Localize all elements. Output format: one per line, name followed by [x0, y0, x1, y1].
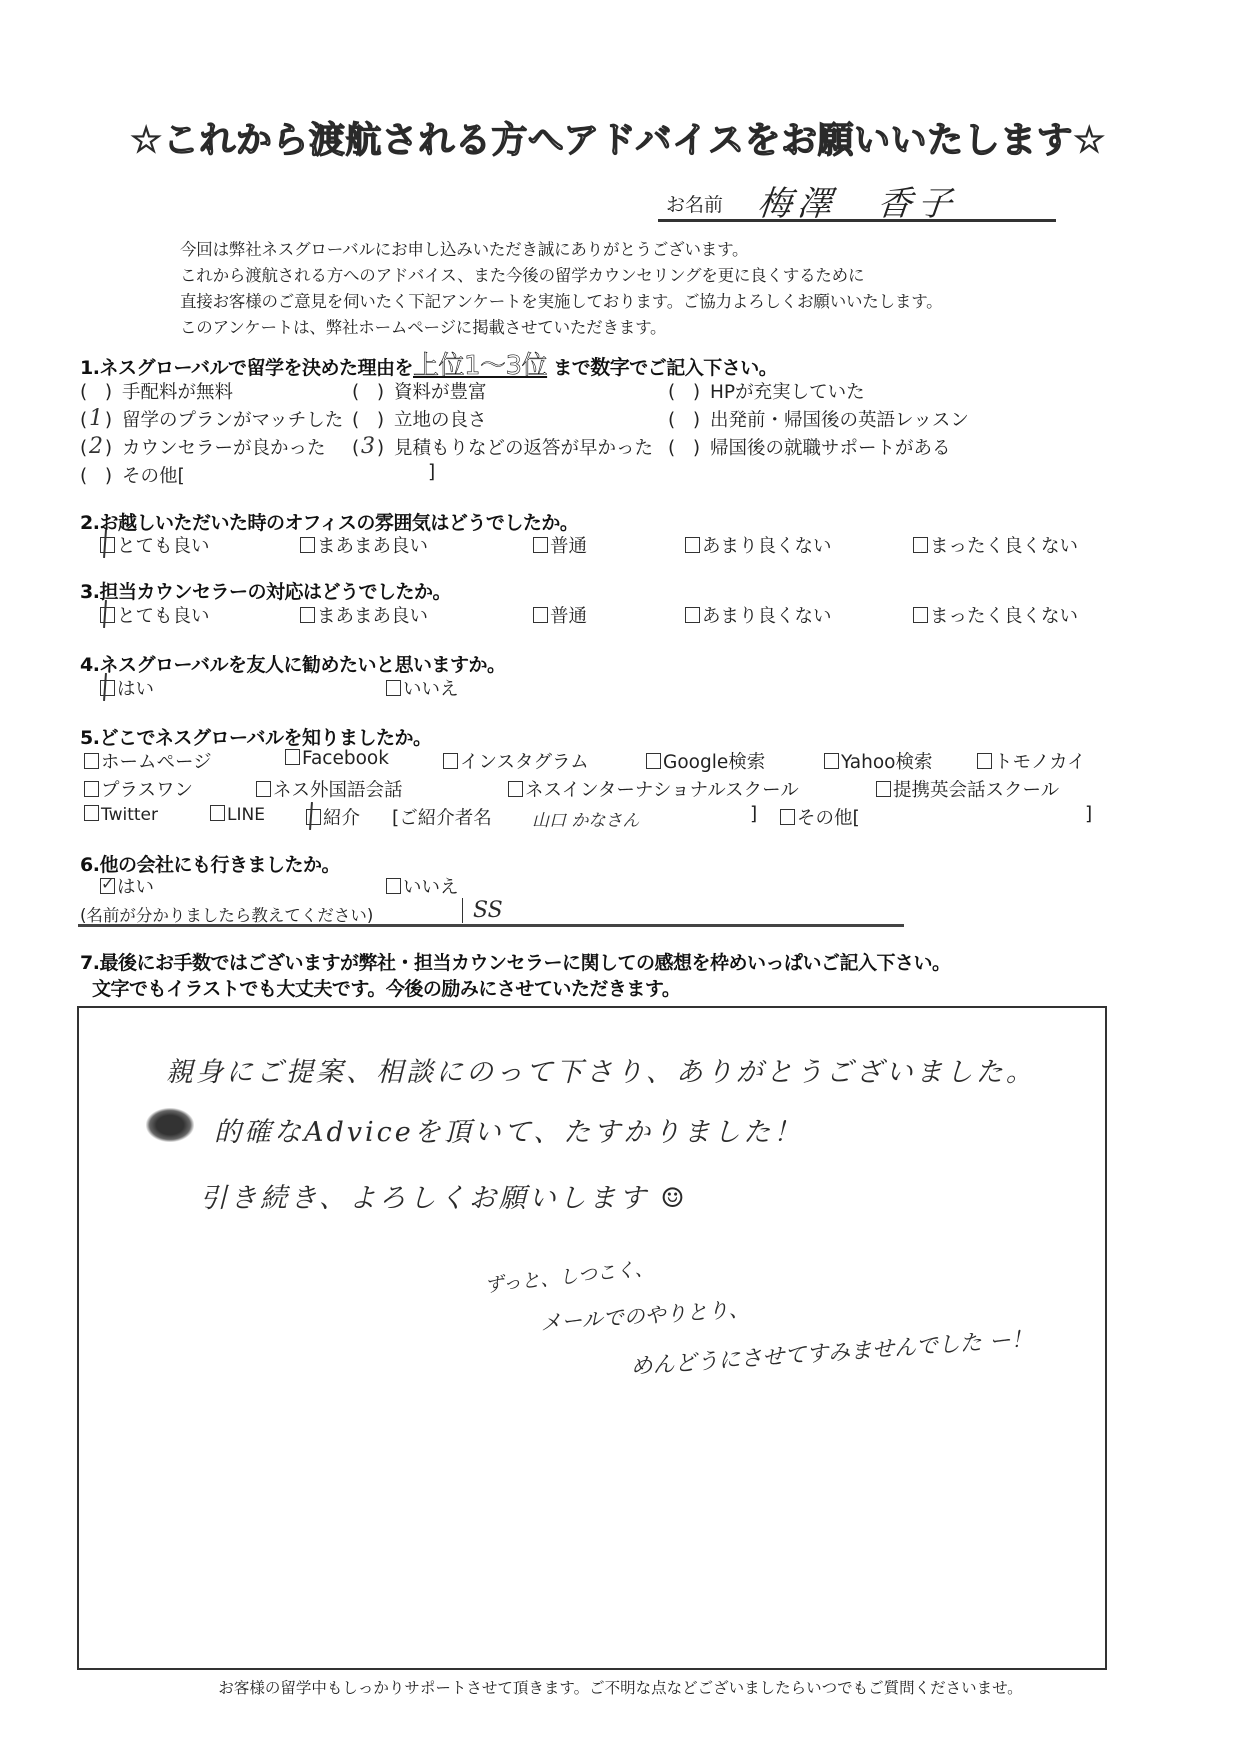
- q5-other-close: ]: [1085, 804, 1092, 825]
- q6-underline: [78, 924, 904, 927]
- q5-option[interactable]: 提携英会話スクール: [876, 776, 1059, 802]
- q1-option[interactable]: ( )立地の良さ: [352, 406, 487, 432]
- checkbox-icon: [977, 753, 992, 769]
- checkbox-icon[interactable]: [300, 607, 315, 623]
- q3-option[interactable]: まったく良くない: [913, 602, 1078, 628]
- q3-option[interactable]: まあまあ良い: [300, 602, 428, 628]
- q1-option[interactable]: ( )手配料が無料: [80, 378, 233, 404]
- q5-option[interactable]: ホームページ: [84, 748, 212, 774]
- q1-option-other[interactable]: ( )その他[: [80, 462, 185, 488]
- q3-option[interactable]: とても良い: [100, 602, 210, 628]
- q3-option[interactable]: 普通: [533, 602, 587, 628]
- q5-option[interactable]: インスタグラム: [443, 748, 589, 774]
- q5-option[interactable]: Yahoo検索: [824, 748, 932, 774]
- checkbox-icon[interactable]: [100, 680, 115, 696]
- q5-option[interactable]: Google検索: [646, 748, 765, 774]
- q5-option[interactable]: Facebook: [285, 748, 389, 769]
- q2-option[interactable]: とても良い: [100, 532, 210, 558]
- q4-option-yes[interactable]: はい: [100, 675, 154, 701]
- checkbox-icon[interactable]: [533, 537, 548, 553]
- q1-option[interactable]: ( )1留学のプランがマッチした: [80, 406, 343, 432]
- checkbox-icon[interactable]: [685, 607, 700, 623]
- q1-option[interactable]: ( )出発前・帰国後の英語レッスン: [668, 406, 969, 432]
- survey-title: ☆これから渡航される方へアドバイスをお願いいたします☆: [118, 112, 1118, 163]
- checkbox-icon[interactable]: [913, 537, 928, 553]
- scribble-mark: [146, 1108, 194, 1142]
- q5-option[interactable]: プラスワン: [84, 776, 193, 802]
- checkbox-icon[interactable]: [386, 680, 401, 696]
- q6-name-prompt: (名前が分かりましたら教えてください): [80, 902, 373, 926]
- q1-option[interactable]: ( )2カウンセラーが良かった: [80, 434, 326, 460]
- q2-option[interactable]: まあまあ良い: [300, 532, 428, 558]
- q5-heading: 5.どこでネスグローバルを知りましたか。: [80, 723, 432, 750]
- q7-heading-line2: 文字でもイラストでも大丈夫です。今後の励みにさせていただきます。: [92, 974, 680, 1001]
- q5-option-referral[interactable]: 紹介: [306, 804, 360, 830]
- q5-option[interactable]: トモノカイ: [977, 748, 1086, 774]
- comment-line-2: 的確なAdviceを頂いて、たすかりました！: [214, 1110, 803, 1149]
- checkbox-icon[interactable]: [100, 607, 115, 623]
- q6-option-no[interactable]: いいえ: [386, 873, 459, 899]
- q6-company-field[interactable]: SS: [462, 898, 503, 923]
- comment-line-1: 親身にご提案、相談にのって下さり、ありがとうございました。: [166, 1050, 1036, 1089]
- q7-heading-line1: 7.最後にお手数ではございますが弊社・担当カウンセラーに関しての感想を枠めいっぱ…: [80, 948, 950, 975]
- q4-option-no[interactable]: いいえ: [386, 675, 459, 701]
- q1-emphasis: 上位1～3位: [413, 351, 547, 381]
- checkbox-icon: [508, 781, 523, 797]
- q2-option[interactable]: まったく良くない: [913, 532, 1078, 558]
- checkbox-icon: [285, 749, 300, 765]
- comment-line-3: 引き続き、よろしくお願いします ☺: [200, 1176, 688, 1215]
- intro-line-1: 今回は弊社ネスグローバルにお申し込みいただき誠にありがとうございます。: [180, 236, 748, 260]
- checkbox-icon[interactable]: [386, 878, 401, 894]
- intro-line-3: 直接お客様のご意見を伺いたく下記アンケートを実施しております。ご協力よろしくお願…: [180, 288, 942, 312]
- q1-option[interactable]: ( )3見積もりなどの返答が早かった: [352, 434, 653, 460]
- intro-line-2: これから渡航される方へのアドバイス、また今後の留学カウンセリングを更に良くするた…: [180, 262, 864, 286]
- referrer-label: [ご紹介者名: [392, 804, 492, 830]
- checkbox-icon: [84, 753, 99, 769]
- checkbox-icon: [876, 781, 891, 797]
- checkbox-icon: [824, 753, 839, 769]
- q4-heading: 4.ネスグローバルを友人に勧めたいと思いますか。: [80, 650, 506, 677]
- q2-heading: 2.お越しいただいた時のオフィスの雰囲気はどうでしたか。: [80, 508, 578, 535]
- referrer-name-field[interactable]: 山口 かなさん: [532, 806, 639, 831]
- q1-heading: 1.ネスグローバルで留学を決めた理由を上位1～3位 まで数字でご記入下さい。: [80, 345, 777, 382]
- name-underline: [658, 219, 1056, 222]
- checkbox-icon[interactable]: [100, 537, 115, 553]
- checkbox-icon: [84, 805, 99, 821]
- q2-option[interactable]: あまり良くない: [685, 532, 832, 558]
- footer-note: お客様の留学中もしっかりサポートさせて頂きます。ご不明な点などございましたらいつ…: [0, 1676, 1241, 1698]
- q5-option[interactable]: ネス外国語会話: [256, 776, 403, 802]
- q1-option[interactable]: ( )帰国後の就職サポートがある: [668, 434, 951, 460]
- name-field[interactable]: 梅澤 香子: [755, 176, 960, 225]
- q6-option-yes[interactable]: はい: [100, 873, 154, 899]
- checkbox-icon: [256, 781, 271, 797]
- q5-option[interactable]: ネスインターナショナルスクール: [508, 776, 799, 802]
- checkbox-icon: [443, 753, 458, 769]
- checkbox-icon[interactable]: [533, 607, 548, 623]
- checkbox-icon[interactable]: [300, 537, 315, 553]
- q3-heading: 3.担当カウンセラーの対応はどうでしたか。: [80, 577, 451, 604]
- checkbox-icon: [84, 781, 99, 797]
- referrer-close: ]: [750, 804, 757, 825]
- q2-option[interactable]: 普通: [533, 532, 587, 558]
- q5-option[interactable]: Twitter: [84, 804, 158, 825]
- checkbox-icon[interactable]: [913, 607, 928, 623]
- checkbox-icon: [306, 809, 321, 825]
- q1-other-close: ]: [428, 462, 435, 483]
- checkbox-icon: [646, 753, 661, 769]
- q1-option[interactable]: ( )資料が豊富: [352, 378, 487, 404]
- q1-option[interactable]: ( )HPが充実していた: [668, 378, 865, 404]
- checkbox-icon: [780, 809, 795, 825]
- q5-option[interactable]: LINE: [210, 804, 265, 825]
- checkbox-icon: [210, 805, 225, 821]
- checkbox-icon[interactable]: [685, 537, 700, 553]
- name-label: お名前: [666, 190, 723, 217]
- checkbox-icon[interactable]: [100, 878, 115, 894]
- q3-option[interactable]: あまり良くない: [685, 602, 832, 628]
- q5-option-other[interactable]: その他[: [780, 804, 860, 830]
- intro-line-4: このアンケートは、弊社ホームページに掲載させていただきます。: [180, 314, 666, 338]
